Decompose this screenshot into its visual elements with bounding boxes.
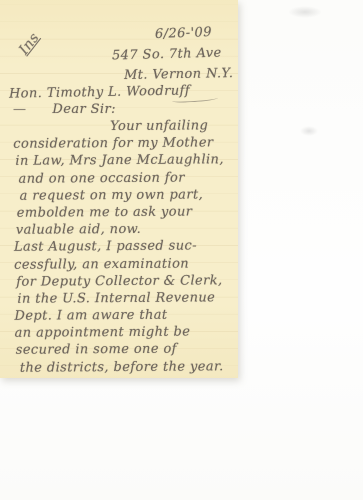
underline-flourish	[172, 96, 218, 103]
body-line: valuable aid, now.	[14, 220, 225, 239]
sender-address-city: Mt. Vernon N.Y.	[124, 66, 234, 83]
body-line: in the U.S. Internal Revenue	[14, 289, 225, 308]
scan-smudge	[300, 126, 318, 136]
body-line: a request on my own part,	[14, 186, 225, 205]
salutation-line: —Dear Sir:	[13, 102, 116, 117]
corner-annotation: Ins	[16, 30, 43, 58]
body-line: Last August, I passed suc-	[14, 238, 225, 257]
body-line: the districts, before the year.	[15, 358, 226, 377]
sender-address-street: 547 So. 7th Ave	[112, 46, 222, 64]
body-line: Dept. I am aware that	[14, 306, 225, 325]
body-line: and on one occasion for	[13, 169, 224, 188]
body-line: consideration for my Mother	[13, 134, 224, 153]
recipient-name: Hon. Timothy L. Woodruff	[9, 83, 190, 101]
letter-date: 6/26-'09	[155, 25, 212, 42]
body-line: for Deputy Collector & Clerk,	[14, 272, 225, 291]
salutation-text: Dear Sir:	[52, 102, 115, 117]
scan-smudge	[288, 6, 322, 18]
body-line: Your unfailing	[13, 117, 224, 136]
body-line: secured in some one of	[15, 341, 226, 360]
body-line: embolden me to ask your	[14, 203, 225, 222]
body-line: cessfully, an examination	[14, 255, 225, 274]
body-line: in Law, Mrs Jane McLaughlin,	[13, 152, 224, 171]
salutation-dash: —	[13, 102, 26, 117]
letter-body: Your unfailing consideration for my Moth…	[13, 117, 225, 376]
letter-paper: Ins 6/26-'09 547 So. 7th Ave Mt. Vernon …	[0, 0, 238, 378]
body-line: an appointment might be	[15, 324, 226, 343]
